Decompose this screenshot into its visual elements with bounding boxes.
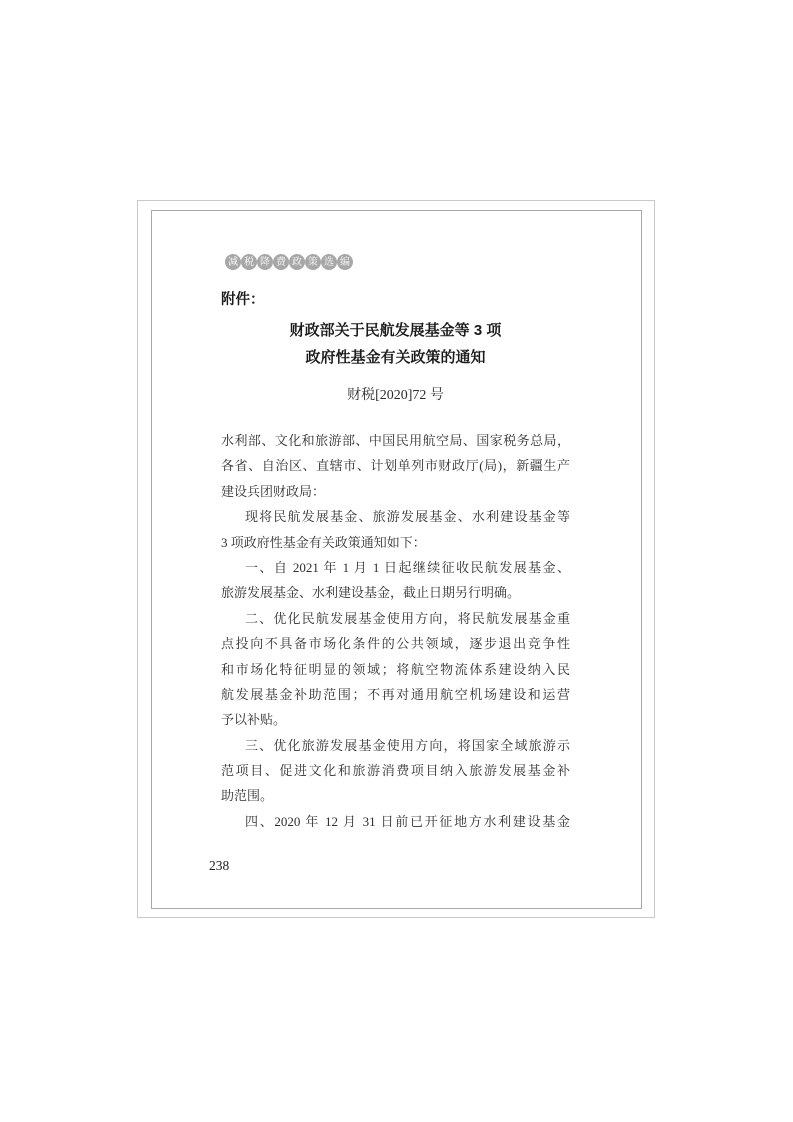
badge-char: 减 — [225, 254, 241, 270]
doc-title-line1: 财政部关于民航发展基金等 3 项 — [221, 317, 570, 344]
attachment-label: 附件： — [221, 288, 265, 309]
body-line: 助范围。 — [221, 783, 570, 808]
body-line: 建设兵团财政局： — [221, 479, 570, 504]
body-line: 现将民航发展基金、旅游发展基金、水利建设基金等 — [221, 504, 570, 529]
book-page-scan: { "document": { "badge": { "chars": ["减"… — [0, 0, 793, 1122]
badge-char: 选 — [321, 254, 337, 270]
doc-number: 财税[2020]72 号 — [221, 384, 570, 404]
body-line: 二、优化民航发展基金使用方向，将民航发展基金重 — [221, 606, 570, 631]
series-title-badge: 减税降费政策选编 — [225, 254, 353, 270]
body-line: 各省、自治区、直辖市、计划单列市财政厅(局)，新疆生产 — [221, 453, 570, 478]
badge-char: 降 — [257, 254, 273, 270]
body-line: 予以补贴。 — [221, 707, 570, 732]
badge-char: 税 — [241, 254, 257, 270]
badge-char: 编 — [337, 254, 353, 270]
body-line: 航发展基金补助范围；不再对通用航空机场建设和运营 — [221, 682, 570, 707]
body-line: 3 项政府性基金有关政策通知如下： — [221, 530, 570, 555]
body-line: 一、自 2021 年 1 月 1 日起继续征收民航发展基金、 — [221, 555, 570, 580]
doc-title-line2: 政府性基金有关政策的通知 — [221, 344, 570, 371]
body-line: 三、优化旅游发展基金使用方向，将国家全域旅游示 — [221, 733, 570, 758]
page-number: 238 — [209, 858, 229, 874]
body-line: 和市场化特征明显的领域；将航空物流体系建设纳入民 — [221, 657, 570, 682]
body-line: 旅游发展基金、水利建设基金，截止日期另行明确。 — [221, 580, 570, 605]
badge-char: 策 — [305, 254, 321, 270]
badge-char: 费 — [273, 254, 289, 270]
body-line: 四、2020 年 12 月 31 日前已开征地方水利建设基金 — [221, 809, 570, 834]
doc-title: 财政部关于民航发展基金等 3 项 政府性基金有关政策的通知 — [221, 317, 570, 371]
body-line: 范项目、促进文化和旅游消费项目纳入旅游发展基金补 — [221, 758, 570, 783]
doc-body: 水利部、文化和旅游部、中国民用航空局、国家税务总局，各省、自治区、直辖市、计划单… — [221, 428, 570, 834]
body-line: 点投向不具备市场化条件的公共领域，逐步退出竞争性 — [221, 631, 570, 656]
badge-char: 政 — [289, 254, 305, 270]
body-line: 水利部、文化和旅游部、中国民用航空局、国家税务总局， — [221, 428, 570, 453]
